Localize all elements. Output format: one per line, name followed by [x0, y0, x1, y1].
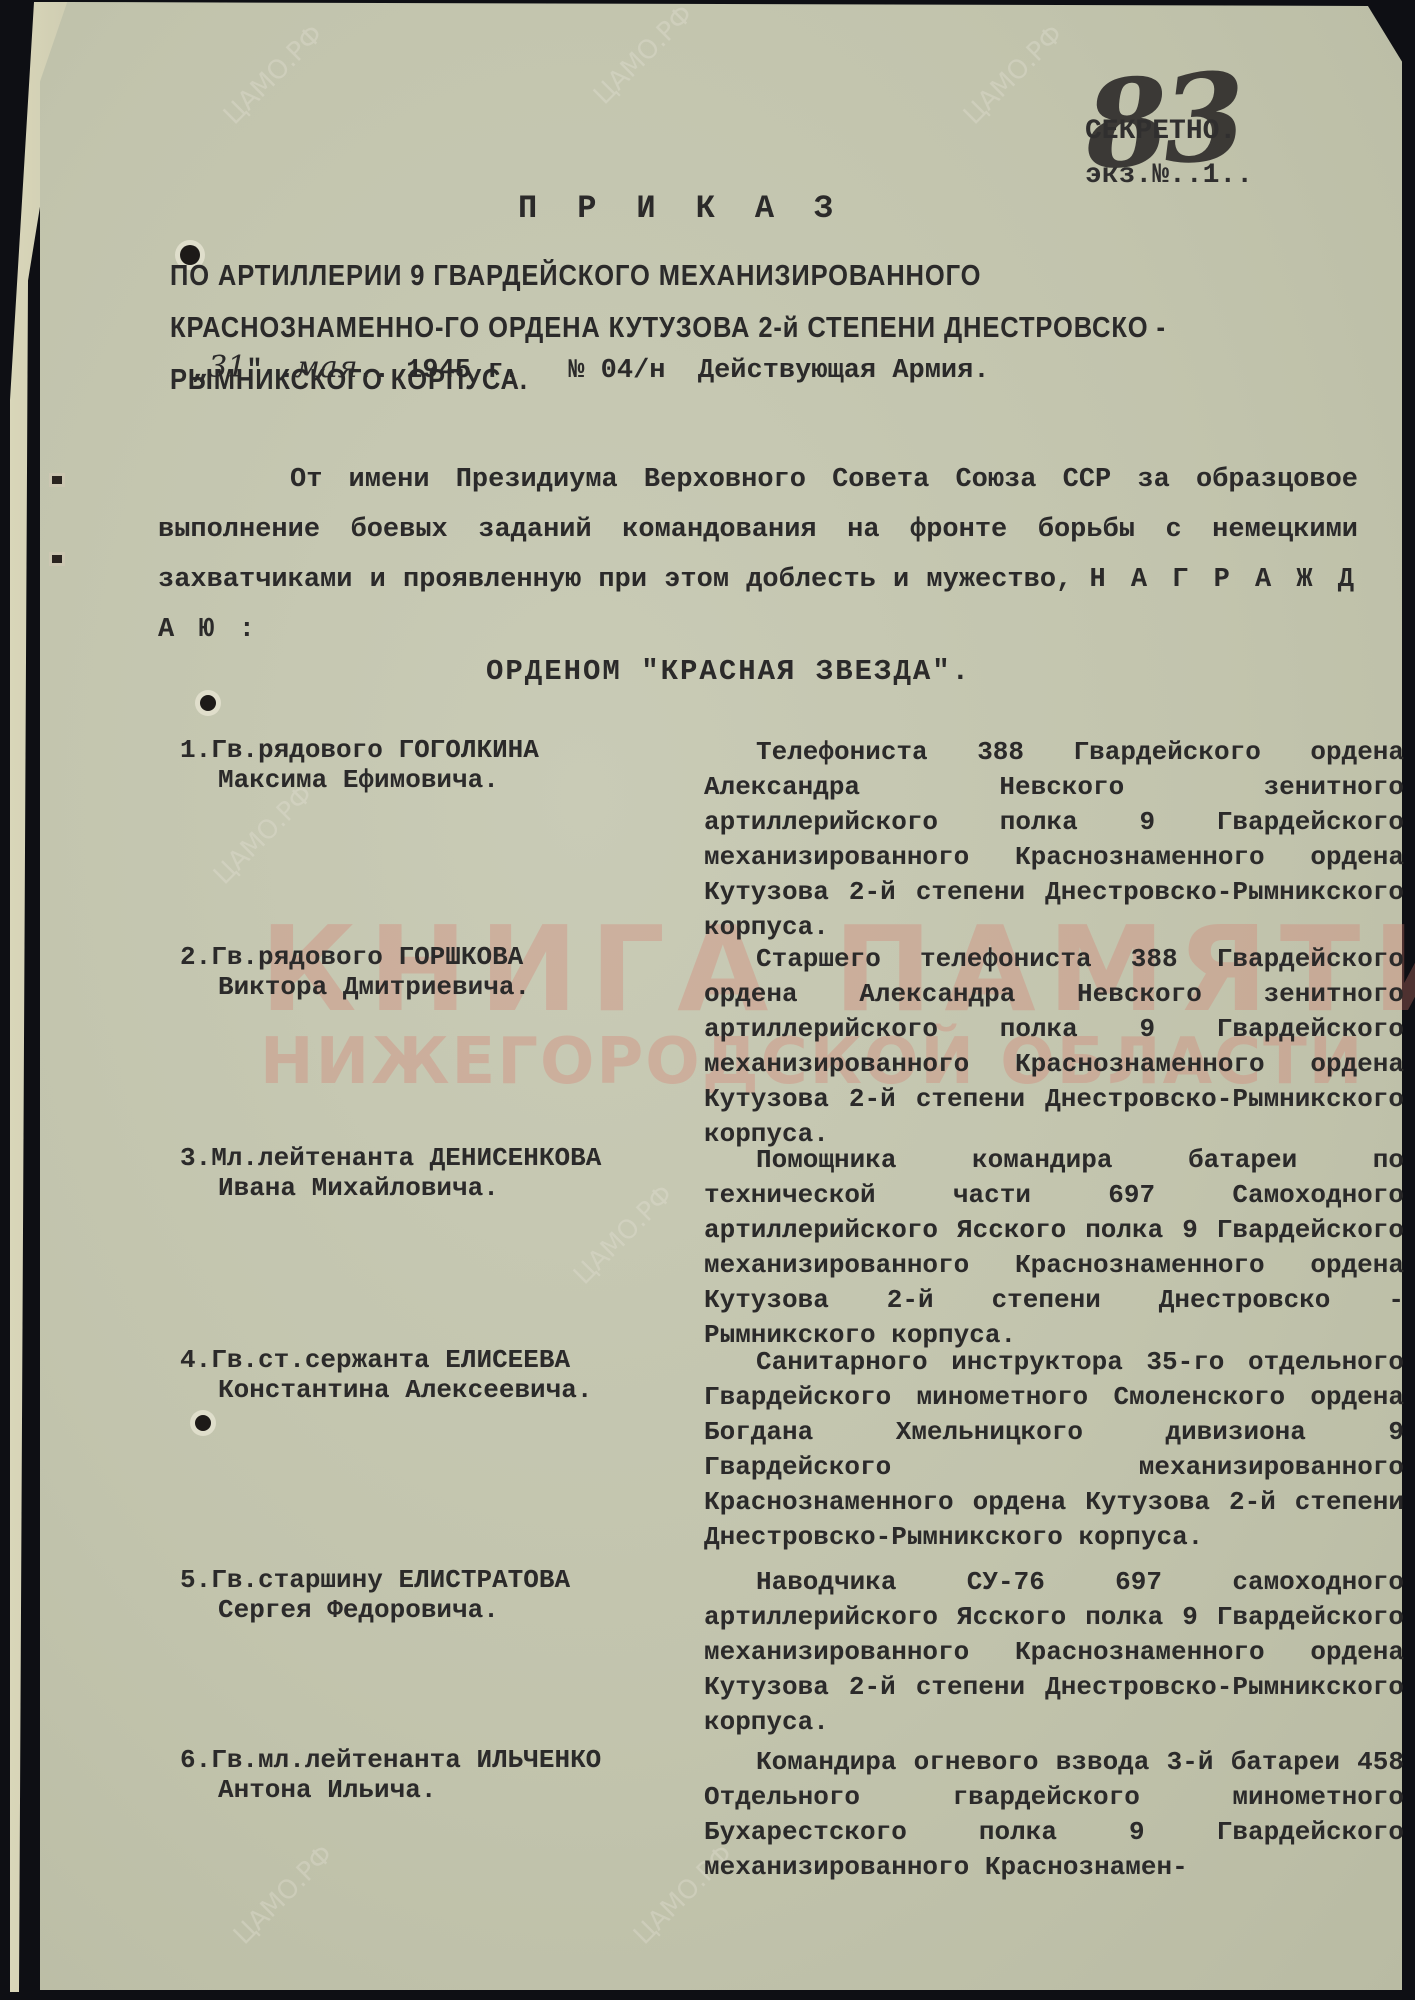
recipient-name: 6.Гв.мл.лейтенанта ИЛЬЧЕНКО Антона Ильич… — [180, 1745, 700, 1805]
recipient-name: 5.Гв.старшину ЕЛИСТРАТОВА Сергея Федоров… — [180, 1565, 700, 1625]
recipient-description: Помощника командира батареи по техническ… — [704, 1143, 1404, 1353]
date-year: 1945 г. — [406, 356, 519, 386]
recipient-name: 4.Гв.ст.сержанта ЕЛИСЕЕВА Константина Ал… — [180, 1345, 700, 1405]
surname: ГОГОЛКИНА — [398, 735, 538, 765]
recipient-description: Санитарного инструктора 35-го отдельного… — [704, 1345, 1404, 1555]
location: Действующая Армия. — [698, 356, 990, 386]
surname: ИЛЬЧЕНКО — [476, 1745, 601, 1775]
given-name: Ивана Михайловича. — [180, 1173, 700, 1203]
given-name: Антона Ильича. — [180, 1775, 700, 1805]
surname: ДЕНИСЕНКОВА — [430, 1143, 602, 1173]
preamble: От имени Президиума Верховного Совета Со… — [158, 455, 1358, 655]
award-title: ОРДЕНОМ "КРАСНАЯ ЗВЕЗДА". — [486, 655, 971, 688]
punch-hole — [200, 695, 216, 711]
surname: ГОРШКОВА — [398, 942, 523, 972]
given-name: Константина Алексеевича. — [180, 1375, 700, 1405]
given-name: Максима Ефимовича. — [180, 765, 700, 795]
recipient-description: Телефониста 388 Гвардейского ордена Алек… — [704, 735, 1404, 945]
punch-hole — [195, 1415, 211, 1431]
dateline: „31" .мая.. 1945 г. № 04/н Действующая А… — [192, 350, 990, 386]
given-name: Сергея Федоровича. — [180, 1595, 700, 1625]
staple-hole — [52, 476, 62, 484]
given-name: Виктора Дмитриевича. — [180, 972, 700, 1002]
recipient-name: 2.Гв.рядового ГОРШКОВА Виктора Дмитриеви… — [180, 942, 700, 1002]
recipient-name: 1.Гв.рядового ГОГОЛКИНА Максима Ефимович… — [180, 735, 700, 795]
date-month: мая — [295, 350, 358, 385]
copy-number: экз.№..1.. — [1085, 154, 1253, 198]
document-title: ПРИКАЗ — [518, 190, 873, 227]
recipient-description: Командира огневого взвода 3-й батареи 45… — [704, 1745, 1404, 1885]
recipient-description: Наводчика СУ-76 697 самоходного артиллер… — [704, 1565, 1404, 1740]
staple-hole — [52, 555, 62, 563]
date-day: 31 — [208, 350, 246, 385]
recipient-description: Старшего телефониста 388 Гвардейского ор… — [704, 942, 1404, 1152]
secrecy-label: СЕКРЕТНО. — [1085, 110, 1253, 154]
order-number: № 04/н — [568, 356, 665, 386]
recipient-name: 3.Мл.лейтенанта ДЕНИСЕНКОВА Ивана Михайл… — [180, 1143, 700, 1203]
surname: ЕЛИСЕЕВА — [445, 1345, 570, 1375]
classification-stamp: 83 СЕКРЕТНО. экз.№..1.. — [1085, 110, 1253, 198]
surname: ЕЛИСТРАТОВА — [398, 1565, 570, 1595]
